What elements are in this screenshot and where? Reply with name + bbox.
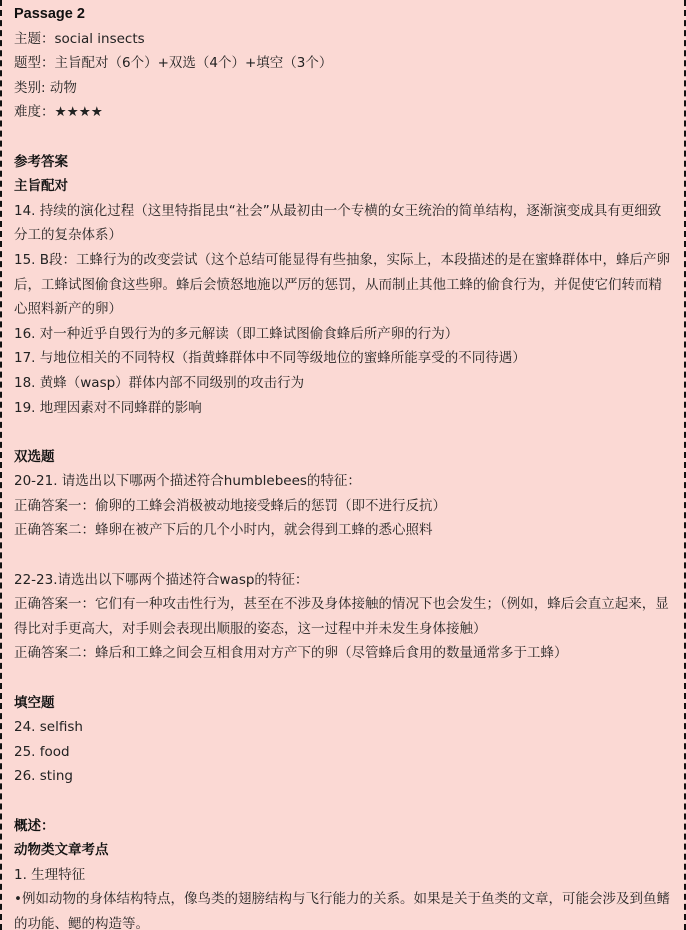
passage-title: Passage 2 bbox=[14, 2, 684, 27]
double-choice-heading: 双选题 bbox=[14, 445, 684, 470]
matching-item-14: 14. 持续的演化过程（这里特指昆虫“社会”从最初由一个专横的女王统治的简单结构… bbox=[14, 199, 674, 248]
question-20-21: 20-21. 请选出以下哪两个描述符合humblebees的特征： bbox=[14, 469, 684, 494]
answer-20-21-one: 正确答案一：偷卵的工蜂会消极被动地接受蜂后的惩罚（即不进行反抗） bbox=[14, 494, 684, 519]
category-line: 类别: 动物 bbox=[14, 76, 684, 101]
spacer bbox=[14, 789, 684, 814]
question-type-line: 题型：主旨配对（6个）+双选（4个）+填空（3个） bbox=[14, 51, 684, 76]
matching-item-19: 19. 地理因素对不同蜂群的影响 bbox=[14, 396, 684, 421]
fill-blank-heading: 填空题 bbox=[14, 691, 684, 716]
category-value: 动物 bbox=[50, 80, 77, 96]
overview-heading: 概述： bbox=[14, 814, 684, 839]
matching-item-15: 15. B段：工蜂行为的改变尝试（这个总结可能显得有些抽象，实际上，本段描述的是… bbox=[14, 248, 674, 322]
fill-item-26: 26. sting bbox=[14, 764, 684, 789]
topic-label: 主题： bbox=[14, 31, 55, 47]
overview-subheading: 动物类文章考点 bbox=[14, 838, 684, 863]
spacer bbox=[14, 420, 684, 445]
fill-item-25: 25. food bbox=[14, 740, 684, 765]
answer-22-23-two: 正确答案二：蜂后和工蜂之间会互相食用对方产下的卵（尽管蜂后食用的数量通常多于工蜂… bbox=[14, 641, 684, 666]
question-22-23: 22-23.请选出以下哪两个描述符合wasp的特征： bbox=[14, 568, 684, 593]
spacer bbox=[14, 125, 684, 150]
difficulty-label: 难度： bbox=[14, 104, 55, 120]
topic-line: 主题：social insects bbox=[14, 27, 684, 52]
matching-item-18: 18. 黄蜂（wasp）群体内部不同级别的攻击行为 bbox=[14, 371, 684, 396]
category-label: 类别: bbox=[14, 80, 50, 96]
spacer bbox=[14, 543, 684, 568]
matching-heading: 主旨配对 bbox=[14, 174, 684, 199]
overview-point-1-title: 1. 生理特征 bbox=[14, 863, 684, 888]
difficulty-stars: ★★★★ bbox=[55, 104, 103, 120]
question-type-value: 主旨配对（6个）+双选（4个）+填空（3个） bbox=[55, 55, 333, 71]
answer-22-23-one: 正确答案一：它们有一种攻击性行为，甚至在不涉及身体接触的情况下也会发生；（例如，… bbox=[14, 592, 674, 641]
matching-item-16: 16. 对一种近乎自毁行为的多元解读（即工蜂试图偷食蜂后所产卵的行为） bbox=[14, 322, 684, 347]
topic-value: social insects bbox=[55, 31, 145, 47]
matching-item-17: 17. 与地位相关的不同特权（指黄蜂群体中不同等级地位的蜜蜂所能享受的不同待遇） bbox=[14, 346, 684, 371]
document-frame: Passage 2 主题：social insects 题型：主旨配对（6个）+… bbox=[0, 0, 686, 930]
fill-item-24: 24. selfish bbox=[14, 715, 684, 740]
answers-heading: 参考答案 bbox=[14, 150, 684, 175]
passage-content: Passage 2 主题：social insects 题型：主旨配对（6个）+… bbox=[2, 0, 684, 930]
difficulty-line: 难度：★★★★ bbox=[14, 100, 684, 125]
question-type-label: 题型： bbox=[14, 55, 55, 71]
overview-point-1-body: •例如动物的身体结构特点，像鸟类的翅膀结构与飞行能力的关系。如果是关于鱼类的文章… bbox=[14, 887, 674, 930]
spacer bbox=[14, 666, 684, 691]
answer-20-21-two: 正确答案二：蜂卵在被产下后的几个小时内，就会得到工蜂的悉心照料 bbox=[14, 518, 684, 543]
